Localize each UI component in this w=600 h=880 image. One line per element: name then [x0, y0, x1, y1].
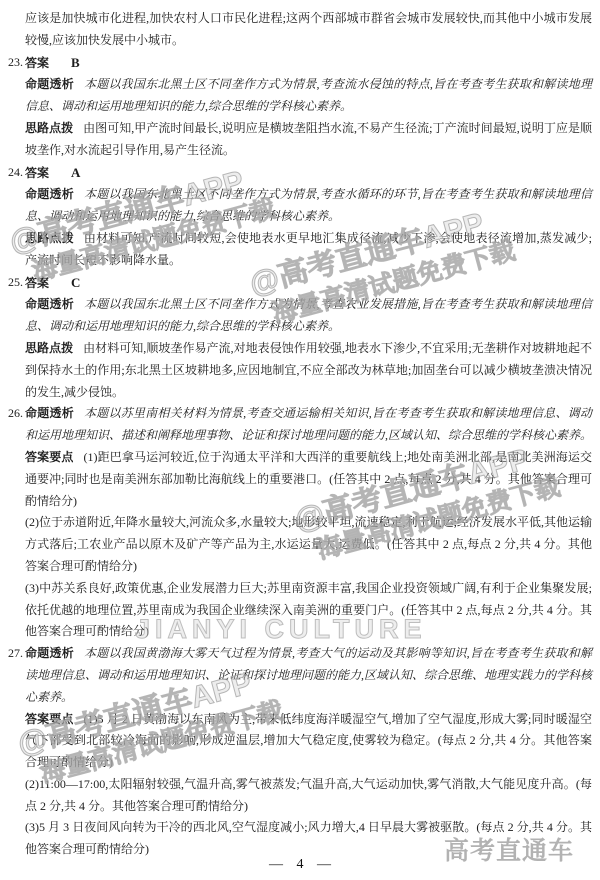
- paragraph-label: 答案: [25, 56, 49, 70]
- paragraph: (2)位于赤道附近,年降水量较大,河流众多,水量较大;地形较平坦,流速稳定,利于…: [25, 512, 592, 577]
- paragraph-text: 本题以苏里南相关材料为情景,考查交通运输相关知识,旨在考查考生获取和解读地理信息…: [25, 406, 592, 442]
- question-number: 27.: [8, 643, 23, 665]
- paragraph: (2)11:00—17:00,太阳辐射较强,气温升高,雾气被蒸发;气温升高,大气…: [25, 774, 592, 818]
- question-number: 23.: [8, 52, 23, 74]
- paragraph: 应该是加快城市化进程,加快农村人口市民化进程;这两个西部城市群省会城市发展较快,…: [25, 8, 592, 52]
- paragraph-text: 应该是加快城市化进程,加快农村人口市民化进程;这两个西部城市群省会城市发展较快,…: [25, 11, 592, 47]
- paragraph-label: 命题透析: [25, 77, 74, 91]
- paragraph-text: 由材料可知,顺坡垄作易产流,对地表侵蚀作用较强,地表水下渗少,不宜采用;无垄耕作…: [25, 341, 592, 399]
- paragraph: 24.答案A: [25, 162, 592, 185]
- answer-sheet-page: 应该是加快城市化进程,加快农村人口市民化进程;这两个西部城市群省会城市发展较快,…: [0, 0, 600, 880]
- paragraph-text: C: [71, 275, 80, 290]
- page-number: — 4 —: [0, 857, 600, 873]
- paragraph: 25.答案C: [25, 272, 592, 295]
- question-number: 24.: [8, 162, 23, 184]
- paragraph-text: (3)中苏关系良好,政策优惠,企业发展潜力巨大;苏里南资源丰富,我国企业投资领域…: [25, 581, 592, 639]
- paragraph-label: 命题透析: [25, 646, 74, 660]
- paragraph-text: (1)距巴拿马运河较近,位于沟通太平洋和大西洋的重要航线上;地处南美洲北部,是南…: [25, 450, 592, 508]
- question-number: 26.: [8, 403, 23, 425]
- paragraph-label: 思路点拨: [25, 231, 74, 245]
- paragraph-label: 答案: [25, 276, 49, 290]
- content-area: 应该是加快城市化进程,加快农村人口市民化进程;这两个西部城市群省会城市发展较快,…: [25, 8, 592, 861]
- paragraph-text: 本题以我国东北黑土区不同垄作方式为情景,考查流水侵蚀的特点,旨在考查考生获取和解…: [25, 77, 592, 113]
- question-number: 25.: [8, 272, 23, 294]
- paragraph-text: 本题以我国东北黑土区不同垄作方式为情景,考查水循环的环节,旨在考查考生获取和解读…: [25, 187, 592, 223]
- paragraph-text: (2)位于赤道附近,年降水量较大,河流众多,水量较大;地形较平坦,流速稳定,利于…: [25, 515, 592, 573]
- paragraph-label: 答案: [25, 166, 49, 180]
- paragraph: (3)中苏关系良好,政策优惠,企业发展潜力巨大;苏里南资源丰富,我国企业投资领域…: [25, 578, 592, 643]
- paragraph-label: 命题透析: [25, 406, 74, 420]
- paragraph-label: 命题透析: [25, 297, 74, 311]
- paragraph-label: 思路点拨: [25, 121, 73, 135]
- paragraph-text: A: [71, 165, 80, 180]
- paragraph: 23.答案B: [25, 52, 592, 75]
- paragraph: 答案要点(1)5 月 2 日黄渤海以东南风为主,带来低纬度海洋暖湿空气,增加了空…: [25, 709, 592, 774]
- paragraph: 思路点拨由图可知,甲产流时间最长,说明应是横坡垄阻挡水流,不易产生径流;丁产流时…: [25, 118, 592, 162]
- paragraph: 思路点拨由材料可知,产流时间较短,会使地表水更早地汇集成径流,减少下渗,会使地表…: [25, 228, 592, 272]
- paragraph: 27.命题透析本题以我国黄渤海大雾天气过程为情景,考查大气的运动及其影响等知识,…: [25, 643, 592, 708]
- paragraph-text: 由材料可知,产流时间较短,会使地表水更早地汇集成径流,减少下渗,会使地表径流增加…: [25, 231, 592, 267]
- paragraph-text: 本题以我国东北黑土区不同垄作方式为情景,考查农业发展措施,旨在考查考生获取和解读…: [25, 297, 592, 333]
- paragraph-label: 答案要点: [25, 712, 73, 726]
- paragraph: 思路点拨由材料可知,顺坡垄作易产流,对地表侵蚀作用较强,地表水下渗少,不宜采用;…: [25, 338, 592, 403]
- paragraph-label: 答案要点: [25, 450, 73, 464]
- paragraph: 26.命题透析本题以苏里南相关材料为情景,考查交通运输相关知识,旨在考查考生获取…: [25, 403, 592, 447]
- paragraph-text: (1)5 月 2 日黄渤海以东南风为主,带来低纬度海洋暖湿空气,增加了空气湿度,…: [25, 712, 592, 770]
- paragraph-text: 由图可知,甲产流时间最长,说明应是横坡垄阻挡水流,不易产生径流;丁产流时间最短,…: [25, 121, 592, 157]
- paragraph-label: 思路点拨: [25, 341, 73, 355]
- paragraph: 命题透析本题以我国东北黑土区不同垄作方式为情景,考查水循环的环节,旨在考查考生获…: [25, 184, 592, 228]
- paragraph: 答案要点(1)距巴拿马运河较近,位于沟通太平洋和大西洋的重要航线上;地处南美洲北…: [25, 447, 592, 512]
- paragraph: 命题透析本题以我国东北黑土区不同垄作方式为情景,考查流水侵蚀的特点,旨在考查考生…: [25, 74, 592, 118]
- paragraph-text: B: [71, 55, 80, 70]
- paragraph-text: (2)11:00—17:00,太阳辐射较强,气温升高,雾气被蒸发;气温升高,大气…: [25, 777, 592, 813]
- paragraph: 命题透析本题以我国东北黑土区不同垄作方式为情景,考查农业发展措施,旨在考查考生获…: [25, 294, 592, 338]
- paragraph-text: 本题以我国黄渤海大雾天气过程为情景,考查大气的运动及其影响等知识,旨在考查考生获…: [25, 646, 592, 704]
- paragraph-label: 命题透析: [25, 187, 74, 201]
